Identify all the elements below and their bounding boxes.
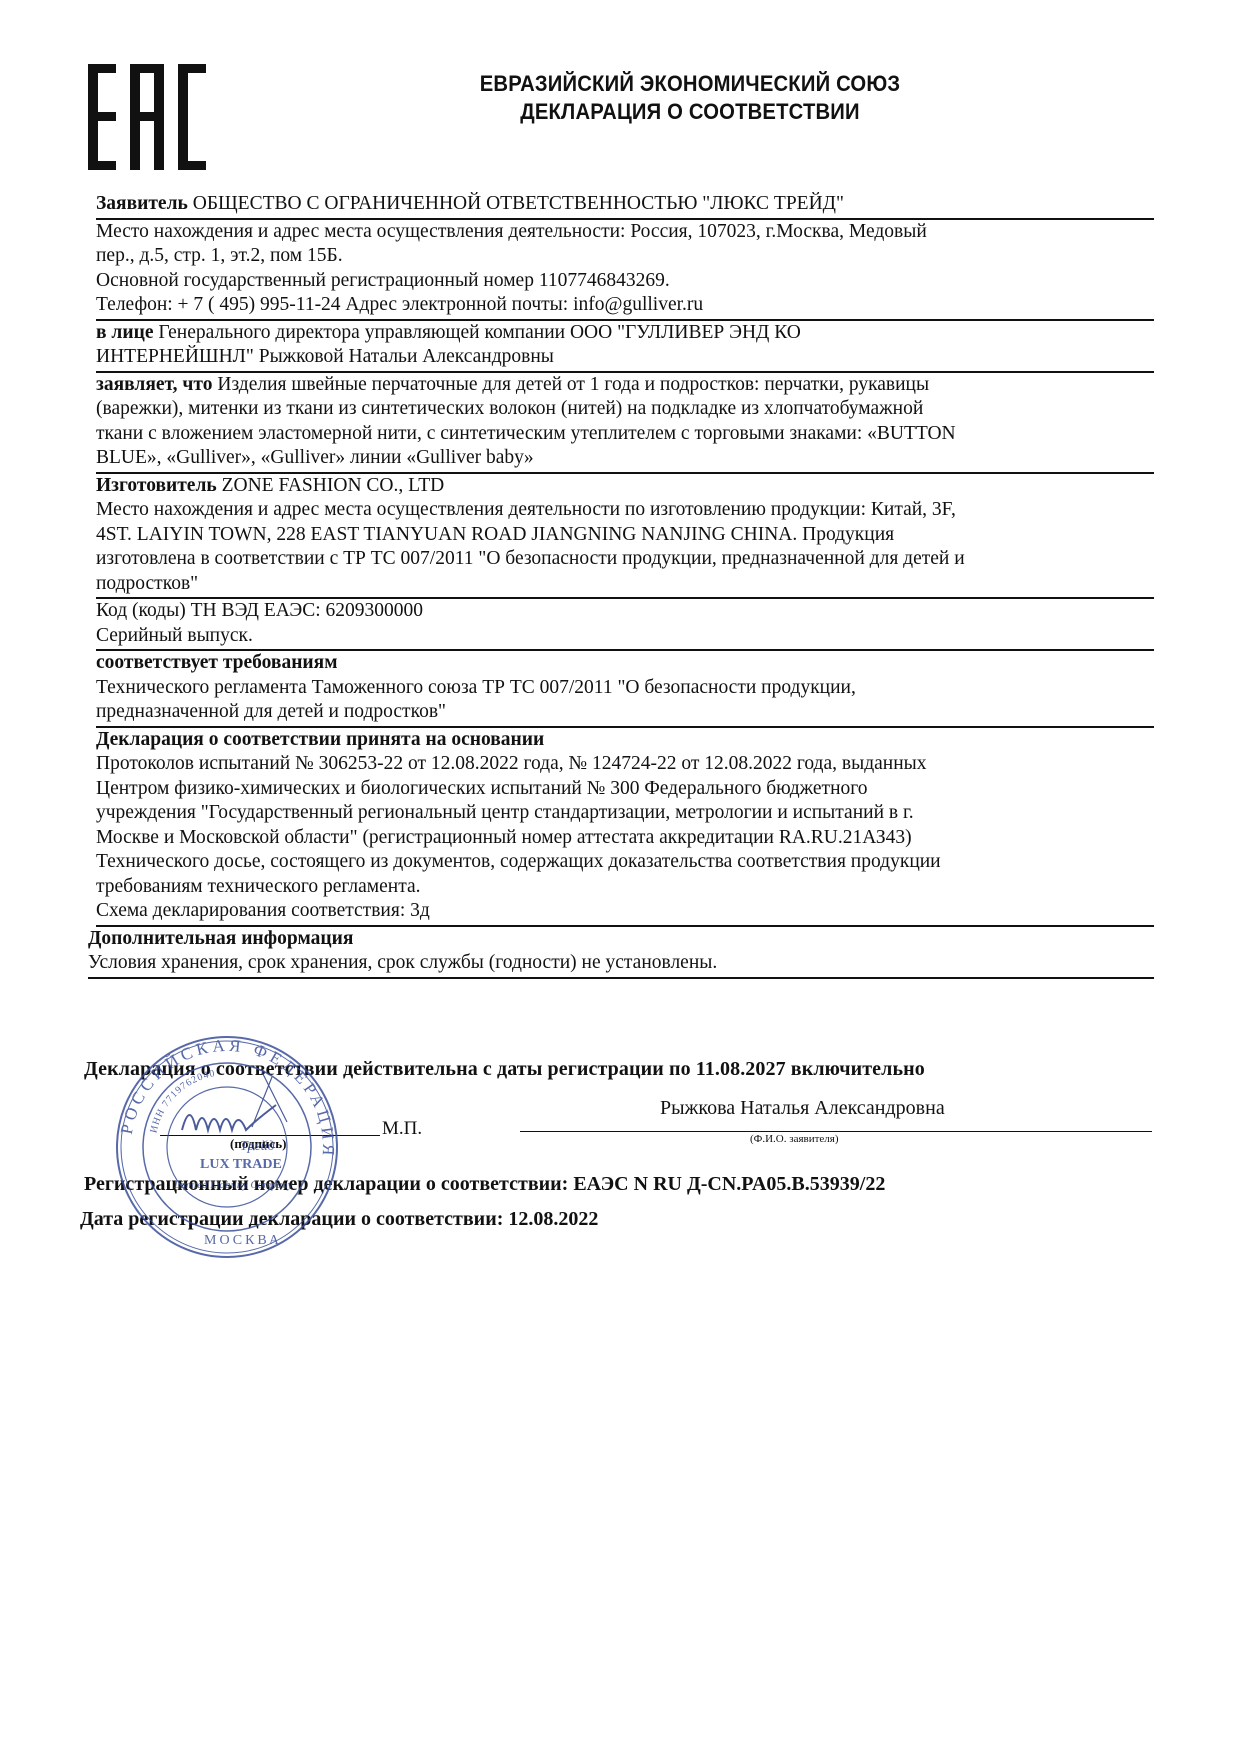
seal-label: М.П. [382, 1118, 422, 1140]
applicant-fullname: Рыжкова Наталья Александровна [660, 1097, 945, 1120]
basis-line1: Протоколов испытаний № 306253-22 от 12.0… [96, 752, 1154, 777]
declaration-scheme: Схема декларирования соответствия: 3д [96, 899, 1154, 924]
manufacturer-name: ZONE FASHION CO., LTD [222, 475, 445, 496]
manufacturer-line2: 4ST. LAIYIN TOWN, 228 EAST TIANYUAN ROAD… [96, 523, 1154, 548]
basis-line2: Центром физико-химических и биологически… [96, 777, 1154, 802]
eac-mark-icon [88, 64, 206, 170]
conforms-line2: предназначенной для детей и подростков" [96, 700, 1154, 725]
manufacturer-line1: Место нахождения и адрес места осуществл… [96, 498, 1154, 523]
tn-ved-code: Код (коды) ТН ВЭД ЕАЭС: 6209300000 [96, 599, 1154, 624]
basis-line3: учреждения "Государственный региональный… [96, 801, 1154, 826]
manufacturer-section: Изготовитель ZONE FASHION CO., LTD Место… [96, 474, 1154, 600]
representative-line1: Генерального директора управляющей компа… [158, 322, 800, 343]
applicant-label: Заявитель [96, 193, 188, 214]
applicant-name: ОБЩЕСТВО С ОГРАНИЧЕННОЙ ОТВЕТСТВЕННОСТЬЮ… [193, 193, 844, 214]
applicant-address-line2: пер., д.5, стр. 1, эт.2, пом 15Б. [96, 244, 1154, 269]
registration-date: Дата регистрации декларации о соответств… [80, 1208, 598, 1231]
validity-block: Декларация о соответствии действительна … [84, 1058, 1184, 1081]
declares-label: заявляет, что [96, 374, 213, 395]
applicant-ogrn: Основной государственный регистрационный… [96, 269, 1154, 294]
conforms-section: соответствует требованиям Технического р… [96, 651, 1154, 728]
manufacturer-line4: подростков" [96, 572, 1154, 597]
registration-number: Регистрационный номер декларации о соотв… [84, 1173, 885, 1196]
release-type: Серийный выпуск. [96, 624, 1154, 649]
svg-text:МОСКВА: МОСКВА [204, 1233, 282, 1248]
representative-section: в лице Генерального директора управляюще… [96, 321, 1154, 373]
basis-section: Декларация о соответствии принята на осн… [96, 728, 1154, 927]
representative-line2: ИНТЕРНЕЙШНЛ" Рыжковой Натальи Александро… [96, 345, 1154, 370]
declares-section: заявляет, что Изделия швейные перчаточны… [96, 373, 1154, 474]
applicant-section: Заявитель ОБЩЕСТВО С ОГРАНИЧЕННОЙ ОТВЕТС… [96, 192, 1154, 220]
declares-line1: Изделия швейные перчаточные для детей от… [217, 374, 929, 395]
svg-text:РОССИЙСКАЯ ФЕДЕРАЦИЯ: РОССИЙСКАЯ ФЕДЕРАЦИЯ [117, 1036, 338, 1160]
applicant-details-section: Место нахождения и адрес места осуществл… [96, 220, 1154, 321]
representative-label: в лице [96, 322, 153, 343]
additional-info-text: Условия хранения, срок хранения, срок сл… [88, 951, 1154, 976]
additional-info-label: Дополнительная информация [88, 927, 1154, 952]
applicant-contacts: Телефон: + 7 ( 495) 995-11-24 Адрес элек… [96, 293, 1154, 318]
conforms-line1: Технического регламента Таможенного союз… [96, 676, 1154, 701]
document-header: ЕВРАЗИЙСКИЙ ЭКОНОМИЧЕСКИЙ СОЮЗ ДЕКЛАРАЦИ… [405, 70, 975, 126]
declaration-body: Заявитель ОБЩЕСТВО С ОГРАНИЧЕННОЙ ОТВЕТС… [96, 192, 1154, 979]
additional-info-section: Дополнительная информация Условия хранен… [88, 927, 1154, 979]
manufacturer-label: Изготовитель [96, 475, 217, 496]
validity-text: Декларация о соответствии действительна … [84, 1058, 1184, 1081]
svg-text:LUX TRADE: LUX TRADE [200, 1157, 282, 1172]
declares-line4: BLUE», «Gulliver», «Gulliver» линии «Gul… [96, 446, 1154, 471]
declares-line3: ткани с вложением эластомерной нити, с с… [96, 422, 1154, 447]
union-title: ЕВРАЗИЙСКИЙ ЭКОНОМИЧЕСКИЙ СОЮЗ [405, 70, 975, 98]
manufacturer-line3: изготовлена в соответствии с ТР ТС 007/2… [96, 547, 1154, 572]
codes-section: Код (коды) ТН ВЭД ЕАЭС: 6209300000 Серий… [96, 599, 1154, 651]
fullname-line [520, 1131, 1152, 1132]
basis-line6: требованиям технического регламента. [96, 875, 1154, 900]
basis-label: Декларация о соответствии принята на осн… [96, 728, 1154, 753]
declaration-title: ДЕКЛАРАЦИЯ О СООТВЕТСТВИИ [405, 98, 975, 126]
fullname-caption: (Ф.И.О. заявителя) [750, 1133, 839, 1145]
basis-line4: Москве и Московской области" (регистраци… [96, 826, 1154, 851]
basis-line5: Технического досье, состоящего из докуме… [96, 850, 1154, 875]
applicant-address-line1: Место нахождения и адрес места осуществл… [96, 220, 1154, 245]
declares-line2: (варежки), митенки из ткани из синтетиче… [96, 397, 1154, 422]
signature-caption: (подпись) [230, 1136, 286, 1152]
conforms-label: соответствует требованиям [96, 651, 1154, 676]
